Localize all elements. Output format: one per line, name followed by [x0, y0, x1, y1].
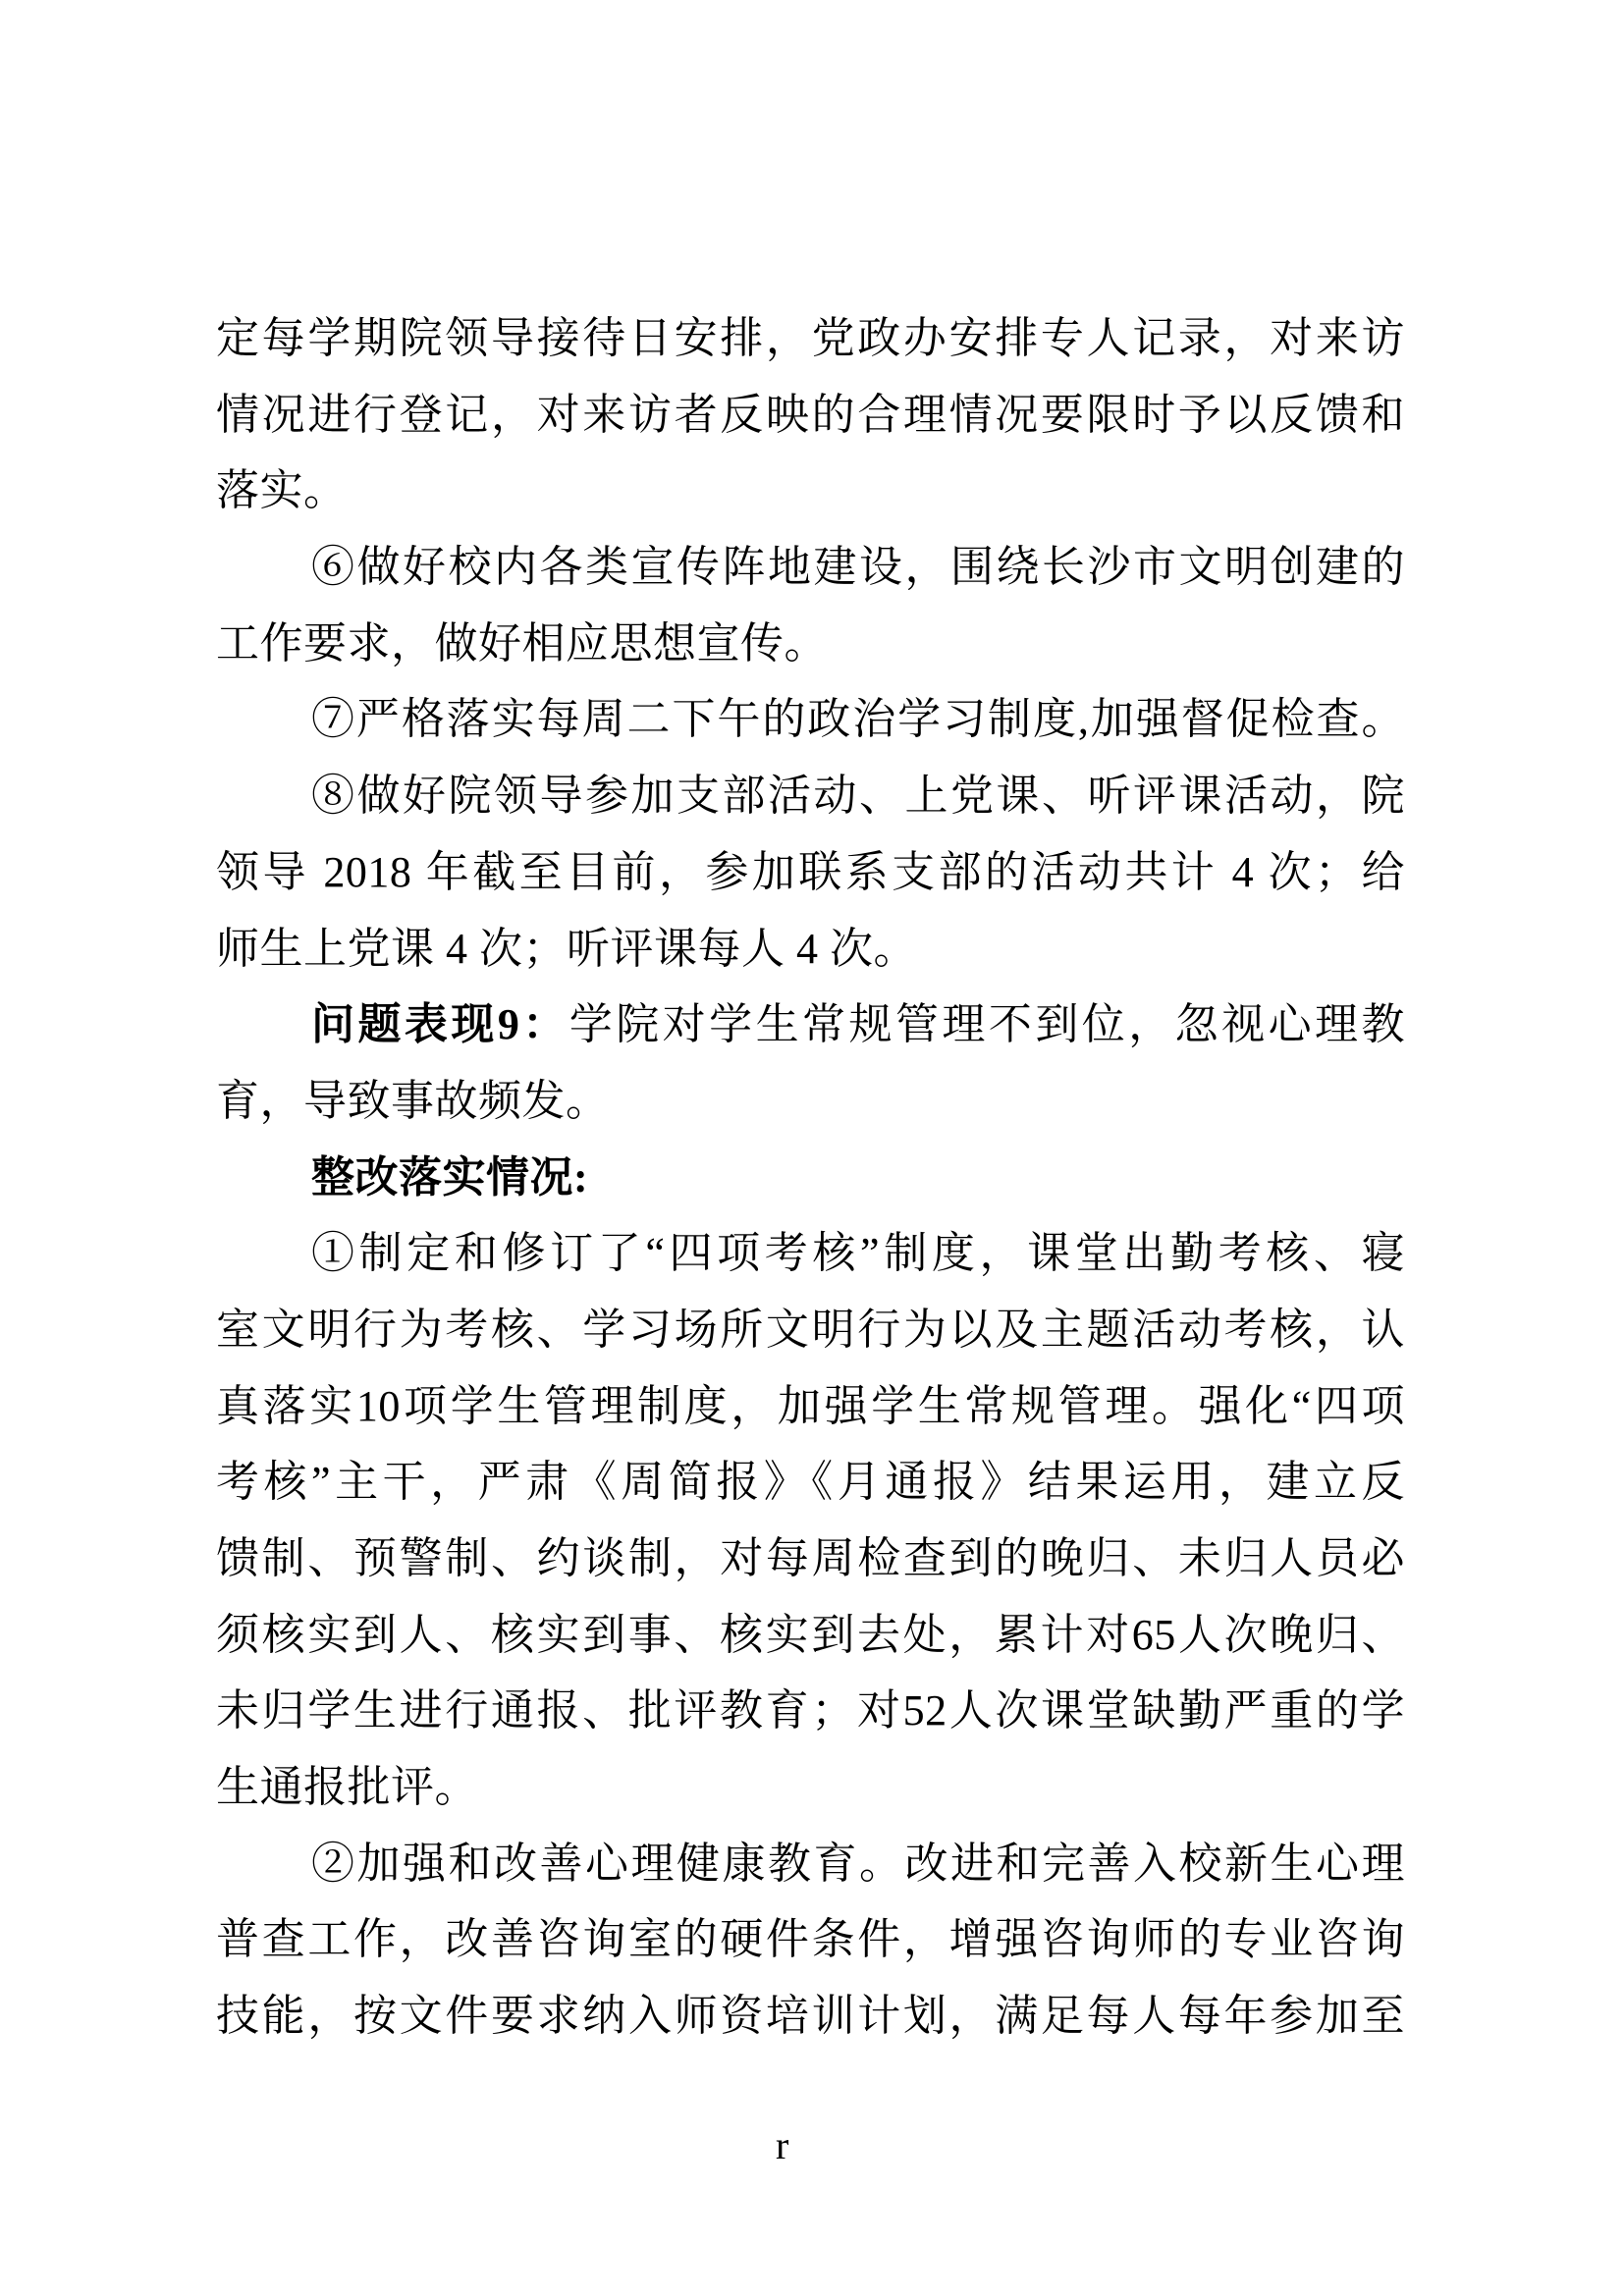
document-page: 定每学期院领导接待日安排，党政办安排专人记录，对来访情况进行登记，对来访者反映的…	[0, 0, 1624, 2296]
body-text: 学院对学生常规管理不到位，忽视心理教	[569, 1000, 1405, 1048]
text-line-13: ①制定和修订了“四项考核”制度，课堂出勤考核、寝	[216, 1215, 1405, 1292]
text-line-10: 问题表现9：学院对学生常规管理不到位，忽视心理教	[216, 987, 1405, 1063]
body-text: 室文明行为考核、学习场所文明行为以及主题活动考核，认	[216, 1306, 1405, 1354]
text-line-22: 普查工作，改善咨询室的硬件条件，增强咨询师的专业咨询	[216, 1901, 1405, 1978]
text-line-23: 技能，按文件要求纳入师资培训计划，满足每人每年参加至	[216, 1978, 1405, 2055]
text-line-19: 未归学生进行通报、批评教育；对52人次课堂缺勤严重的学	[216, 1673, 1405, 1749]
body-text: 须核实到人、核实到事、核实到去处，累计对65人次晚归、	[216, 1611, 1405, 1659]
body-text: 工作要求，做好相应思想宣传。	[216, 619, 828, 667]
body-text: ①制定和修订了“四项考核”制度，课堂出勤考核、寝	[311, 1229, 1405, 1277]
text-line-7: ⑧做好院领导参加支部活动、上党课、听评课活动，院	[216, 758, 1405, 834]
bold-label: 问题表现9：	[311, 1000, 569, 1048]
body-text: 定每学期院领导接待日安排，党政办安排专人记录，对来访	[216, 314, 1405, 362]
text-line-16: 考核”主干，严肃《周简报》《月通报》结果运用，建立反	[216, 1444, 1405, 1521]
page-number: r	[776, 2122, 835, 2169]
body-text: 技能，按文件要求纳入师资培训计划，满足每人每年参加至	[216, 1992, 1405, 2040]
body-text: 情况进行登记，对来访者反映的合理情况要限时予以反馈和	[216, 391, 1405, 439]
body-text: 普查工作，改善咨询室的硬件条件，增强咨询师的专业咨询	[216, 1915, 1405, 1963]
body-text: 真落实10项学生管理制度，加强学生常规管理。强化“四项	[216, 1382, 1405, 1430]
body-text: 生通报批评。	[216, 1763, 478, 1811]
body-text: ②加强和改善心理健康教育。改进和完善入校新生心理	[311, 1840, 1405, 1888]
body-text: 馈制、预警制、约谈制，对每周检查到的晚归、未归人员必	[216, 1534, 1405, 1582]
body-text: ⑧做好院领导参加支部活动、上党课、听评课活动，院	[311, 772, 1405, 820]
text-line-2: 情况进行登记，对来访者反映的合理情况要限时予以反馈和	[216, 377, 1405, 454]
text-line-11: 育，导致事故频发。	[216, 1063, 1405, 1140]
text-block: 定每学期院领导接待日安排，党政办安排专人记录，对来访情况进行登记，对来访者反映的…	[216, 300, 1405, 2055]
body-text: 育，导致事故频发。	[216, 1077, 610, 1125]
text-line-6: ⑦严格落实每周二下午的政治学习制度,加强督促检查。	[216, 681, 1405, 758]
text-line-8: 领导 2018 年截至目前，参加联系支部的活动共计 4 次；给	[216, 834, 1405, 911]
text-line-15: 真落实10项学生管理制度，加强学生常规管理。强化“四项	[216, 1368, 1405, 1445]
body-text: 考核”主干，严肃《周简报》《月通报》结果运用，建立反	[216, 1458, 1405, 1506]
body-text: 未归学生进行通报、批评教育；对52人次课堂缺勤严重的学	[216, 1686, 1405, 1735]
body-text: 领导 2018 年截至目前，参加联系支部的活动共计 4 次；给	[216, 848, 1405, 896]
body-text: ⑦严格落实每周二下午的政治学习制度,加强督促检查。	[311, 695, 1405, 743]
text-line-17: 馈制、预警制、约谈制，对每周检查到的晚归、未归人员必	[216, 1521, 1405, 1597]
body-text: ⑥做好校内各类宣传阵地建设，围绕长沙市文明创建的	[311, 543, 1405, 591]
text-line-9: 师生上党课 4 次；听评课每人 4 次。	[216, 911, 1405, 988]
text-line-12: 整改落实情况:	[216, 1140, 1405, 1216]
body-text: 师生上党课 4 次；听评课每人 4 次。	[216, 925, 917, 973]
bold-label: 整改落实情况:	[311, 1153, 588, 1201]
text-line-14: 室文明行为考核、学习场所文明行为以及主题活动考核，认	[216, 1292, 1405, 1368]
text-line-21: ②加强和改善心理健康教育。改进和完善入校新生心理	[216, 1826, 1405, 1902]
text-line-20: 生通报批评。	[216, 1749, 1405, 1826]
text-line-3: 落实。	[216, 453, 1405, 529]
text-line-4: ⑥做好校内各类宣传阵地建设，围绕长沙市文明创建的	[216, 529, 1405, 606]
text-line-1: 定每学期院领导接待日安排，党政办安排专人记录，对来访	[216, 300, 1405, 377]
text-line-5: 工作要求，做好相应思想宣传。	[216, 606, 1405, 682]
body-text: 落实。	[216, 466, 348, 514]
text-line-18: 须核实到人、核实到事、核实到去处，累计对65人次晚归、	[216, 1597, 1405, 1674]
